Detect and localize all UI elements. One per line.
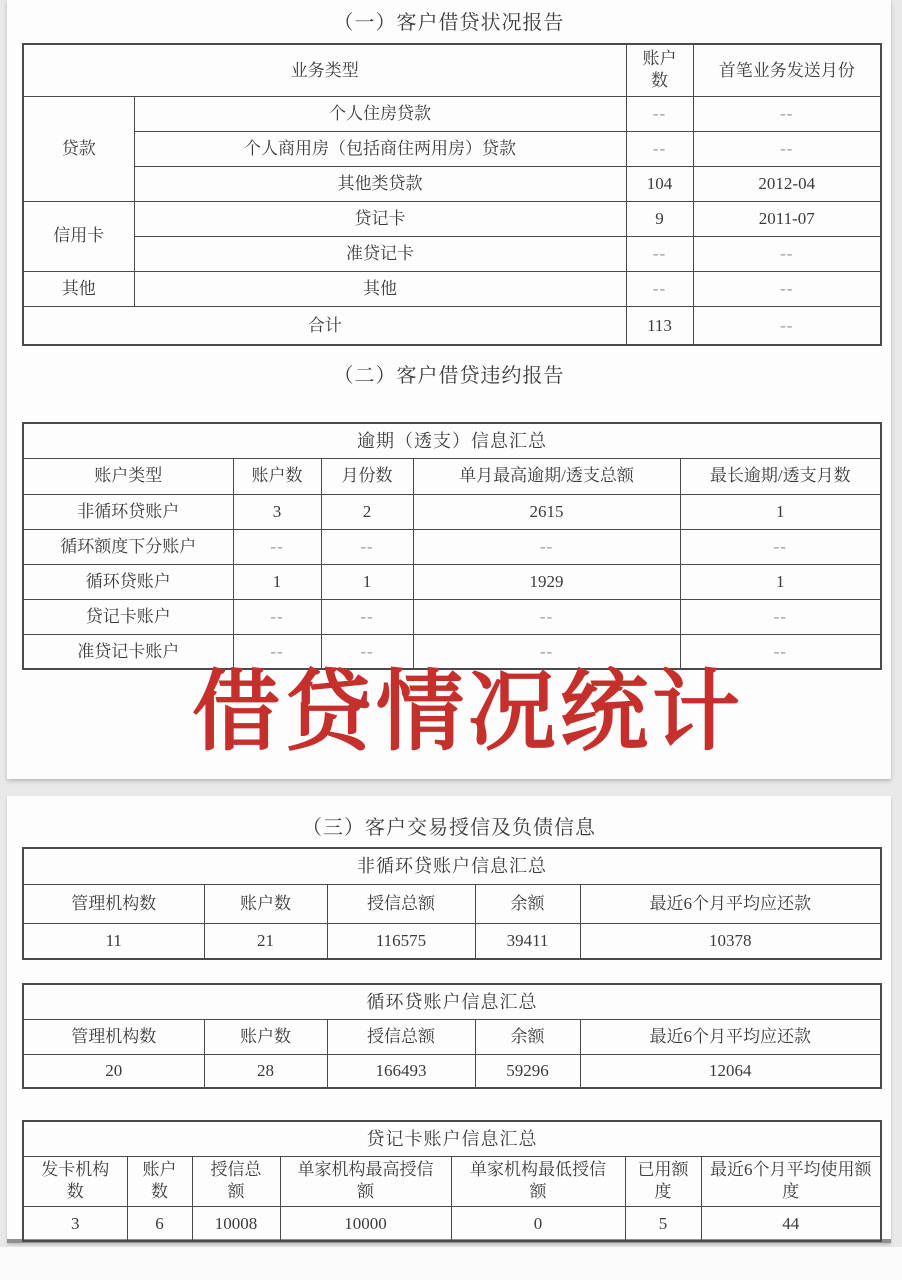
account-count-header-cell: 账户数: [626, 44, 693, 96]
data-cell: 59296: [475, 1054, 580, 1088]
non-revolving-summary-table: 非循环贷账户信息汇总 管理机构数 账户数 授信总额 余额 最近6个月平均应还款 …: [22, 847, 882, 960]
data-cell: 1: [680, 494, 881, 529]
first-month-cell: --: [693, 96, 881, 131]
first-month-cell: --: [693, 271, 881, 306]
table-title-row: 非循环贷账户信息汇总: [23, 848, 881, 884]
data-cell: --: [233, 529, 321, 564]
min-single-credit-header-cell: 单家机构最低授信额: [451, 1156, 625, 1206]
header-label: 账户数: [139, 1159, 180, 1203]
table-row: 贷记卡账户 -- -- -- --: [23, 599, 881, 634]
group-label-cell: 信用卡: [23, 201, 134, 271]
table-row: 其他 其他 -- --: [23, 271, 881, 306]
table-row: 20 28 166493 59296 12064: [23, 1054, 881, 1088]
longest-overdue-header-cell: 最长逾期/透支月数: [680, 458, 881, 494]
table-row: 3 6 10008 10000 0 5 44: [23, 1206, 881, 1241]
max-overdue-header-cell: 单月最高逾期/透支总额: [413, 458, 680, 494]
month-count-header-cell: 月份数: [321, 458, 413, 494]
group-label-cell: 贷款: [23, 96, 134, 201]
credit-total-header-cell: 授信总额: [327, 1019, 475, 1054]
balance-header-cell: 余额: [475, 1019, 580, 1054]
issuer-count-header-cell: 发卡机构数: [23, 1156, 127, 1206]
account-count-header-cell: 账户数: [204, 884, 327, 923]
section3-title: （三）客户交易授信及负债信息: [7, 815, 891, 841]
table-title-row: 贷记卡账户信息汇总: [23, 1121, 881, 1156]
page-1: （一）客户借贷状况报告 业务类型 账户数 首笔业务发送月份 贷款 个人住房贷款 …: [7, 0, 891, 779]
data-cell: 0: [451, 1206, 625, 1241]
used-credit-header-cell: 已用额度: [625, 1156, 701, 1206]
red-stamp-text: 借贷情况统计: [7, 663, 891, 762]
table-row: 信用卡 贷记卡 9 2011-07: [23, 201, 881, 236]
data-cell: 39411: [475, 923, 580, 959]
total-month-cell: --: [693, 306, 881, 345]
account-count-cell: 9: [626, 201, 693, 236]
data-cell: 3: [23, 1206, 127, 1241]
table-row: 准贷记卡 -- --: [23, 236, 881, 271]
table-row: 其他类贷款 104 2012-04: [23, 166, 881, 201]
table-header-row: 发卡机构数 账户数 授信总额 单家机构最高授信额 单家机构最低授信额 已用额度 …: [23, 1156, 881, 1206]
revolving-summary-table: 循环贷账户信息汇总 管理机构数 账户数 授信总额 余额 最近6个月平均应还款 2…: [22, 983, 882, 1089]
credit-report-screenshot: （一）客户借贷状况报告 业务类型 账户数 首笔业务发送月份 贷款 个人住房贷款 …: [0, 0, 902, 1280]
loan-table-header-row: 业务类型 账户数 首笔业务发送月份: [23, 44, 881, 96]
data-cell: 44: [701, 1206, 881, 1241]
org-count-header-cell: 管理机构数: [23, 1019, 204, 1054]
account-type-header-cell: 账户类型: [23, 458, 233, 494]
business-type-cell: 其他: [134, 271, 626, 306]
first-month-header-cell: 首笔业务发送月份: [693, 44, 881, 96]
total-count-cell: 113: [626, 306, 693, 345]
data-cell: --: [680, 529, 881, 564]
table-header-row: 管理机构数 账户数 授信总额 余额 最近6个月平均应还款: [23, 884, 881, 923]
data-cell: 28: [204, 1054, 327, 1088]
first-month-cell: --: [693, 236, 881, 271]
data-cell: 2615: [413, 494, 680, 529]
table-header-row: 管理机构数 账户数 授信总额 余额 最近6个月平均应还款: [23, 1019, 881, 1054]
data-cell: --: [321, 529, 413, 564]
first-month-cell: --: [693, 131, 881, 166]
header-label: 单家机构最高授信额: [294, 1159, 438, 1203]
header-label: 最近6个月平均使用额度: [709, 1159, 872, 1203]
data-cell: 11: [23, 923, 204, 959]
data-cell: --: [680, 599, 881, 634]
data-cell: 1: [321, 564, 413, 599]
section1-title: （一）客户借贷状况报告: [7, 10, 891, 36]
data-cell: --: [321, 599, 413, 634]
data-cell: 21: [204, 923, 327, 959]
account-count-cell: --: [626, 96, 693, 131]
data-cell: 166493: [327, 1054, 475, 1088]
data-cell: 20: [23, 1054, 204, 1088]
loan-status-table: 业务类型 账户数 首笔业务发送月份 贷款 个人住房贷款 -- -- 个人商用房（…: [22, 43, 882, 346]
data-cell: 10378: [580, 923, 881, 959]
business-type-cell: 准贷记卡: [134, 236, 626, 271]
account-count-header-cell: 账户数: [233, 458, 321, 494]
data-cell: 1929: [413, 564, 680, 599]
business-type-cell: 贷记卡: [134, 201, 626, 236]
credit-card-summary-table: 贷记卡账户信息汇总 发卡机构数 账户数 授信总额 单家机构最高授信额 单家机构最…: [22, 1120, 882, 1242]
table-title-row: 逾期（透支）信息汇总: [23, 423, 881, 458]
table-title-cell: 循环贷账户信息汇总: [23, 984, 881, 1019]
header-label: 已用额度: [634, 1159, 692, 1203]
business-type-cell: 个人住房贷款: [134, 96, 626, 131]
data-cell: 10000: [280, 1206, 451, 1241]
data-cell: --: [413, 529, 680, 564]
data-cell: 1: [680, 564, 881, 599]
avg-used-header-cell: 最近6个月平均使用额度: [701, 1156, 881, 1206]
business-type-header-cell: 业务类型: [23, 44, 626, 96]
header-label: 单家机构最低授信额: [466, 1159, 610, 1203]
first-month-cell: 2011-07: [693, 201, 881, 236]
table-header-row: 账户类型 账户数 月份数 单月最高逾期/透支总额 最长逾期/透支月数: [23, 458, 881, 494]
account-type-cell: 贷记卡账户: [23, 599, 233, 634]
table-row: 贷款 个人住房贷款 -- --: [23, 96, 881, 131]
data-cell: 1: [233, 564, 321, 599]
header-label: 授信总额: [207, 1159, 265, 1203]
data-cell: 6: [127, 1206, 192, 1241]
table-title-cell: 逾期（透支）信息汇总: [23, 423, 881, 458]
credit-total-header-cell: 授信总额: [192, 1156, 280, 1206]
data-cell: --: [413, 599, 680, 634]
table-row: 非循环贷账户 3 2 2615 1: [23, 494, 881, 529]
page-bottom-margin: [0, 1247, 902, 1280]
account-type-cell: 非循环贷账户: [23, 494, 233, 529]
account-type-cell: 循环贷账户: [23, 564, 233, 599]
table-title-cell: 贷记卡账户信息汇总: [23, 1121, 881, 1156]
table-title-row: 循环贷账户信息汇总: [23, 984, 881, 1019]
business-type-cell: 个人商用房（包括商住两用房）贷款: [134, 131, 626, 166]
first-month-cell: 2012-04: [693, 166, 881, 201]
account-count-header-cell: 账户数: [127, 1156, 192, 1206]
account-count-cell: --: [626, 236, 693, 271]
overdue-summary-table: 逾期（透支）信息汇总 账户类型 账户数 月份数 单月最高逾期/透支总额 最长逾期…: [22, 422, 882, 670]
max-single-credit-header-cell: 单家机构最高授信额: [280, 1156, 451, 1206]
data-cell: 10008: [192, 1206, 280, 1241]
table-row: 循环额度下分账户 -- -- -- --: [23, 529, 881, 564]
avg-repay-header-cell: 最近6个月平均应还款: [580, 884, 881, 923]
header-label: 账户数: [639, 48, 680, 92]
account-count-cell: --: [626, 131, 693, 166]
total-row: 合计 113 --: [23, 306, 881, 345]
business-type-cell: 其他类贷款: [134, 166, 626, 201]
data-cell: 116575: [327, 923, 475, 959]
data-cell: 2: [321, 494, 413, 529]
total-label-cell: 合计: [23, 306, 626, 345]
table-row: 循环贷账户 1 1 1929 1: [23, 564, 881, 599]
data-cell: 12064: [580, 1054, 881, 1088]
account-count-header-cell: 账户数: [204, 1019, 327, 1054]
balance-header-cell: 余额: [475, 884, 580, 923]
header-label: 发卡机构数: [38, 1159, 113, 1203]
data-cell: 5: [625, 1206, 701, 1241]
account-count-cell: --: [626, 271, 693, 306]
data-cell: 3: [233, 494, 321, 529]
group-label-cell: 其他: [23, 271, 134, 306]
avg-repay-header-cell: 最近6个月平均应还款: [580, 1019, 881, 1054]
table-row: 个人商用房（包括商住两用房）贷款 -- --: [23, 131, 881, 166]
table-title-cell: 非循环贷账户信息汇总: [23, 848, 881, 884]
page-2: （三）客户交易授信及负债信息 非循环贷账户信息汇总 管理机构数 账户数 授信总额…: [7, 796, 891, 1243]
data-cell: --: [233, 599, 321, 634]
account-type-cell: 循环额度下分账户: [23, 529, 233, 564]
section2-title: （二）客户借贷违约报告: [7, 363, 891, 389]
account-count-cell: 104: [626, 166, 693, 201]
credit-total-header-cell: 授信总额: [327, 884, 475, 923]
org-count-header-cell: 管理机构数: [23, 884, 204, 923]
table-row: 11 21 116575 39411 10378: [23, 923, 881, 959]
